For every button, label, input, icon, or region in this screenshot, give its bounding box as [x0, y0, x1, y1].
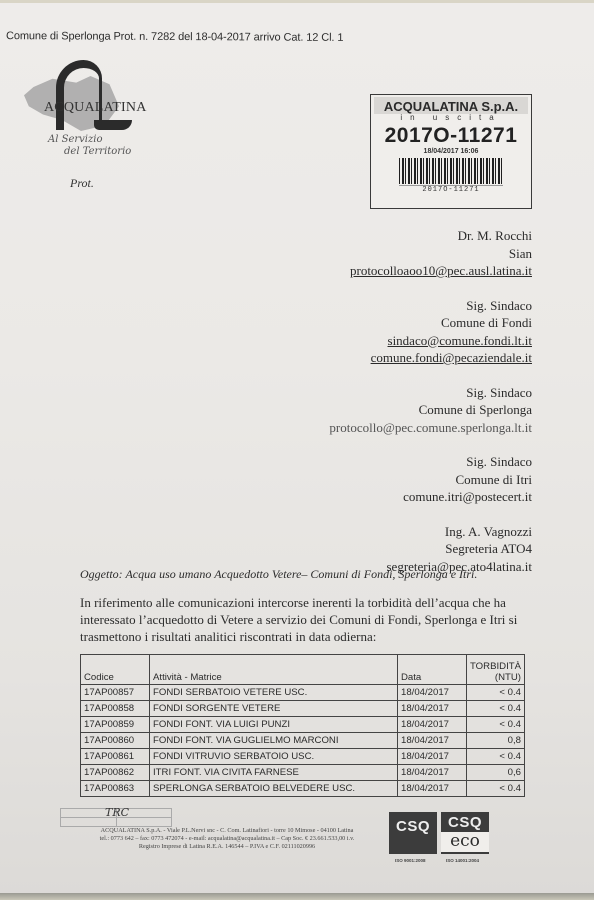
cell-attivita-matrice: FONDI SORGENTE VETERE — [150, 701, 398, 717]
cell-data: 18/04/2017 — [398, 701, 467, 717]
protocol-company: ACQUALATINA S.p.A. — [374, 97, 528, 114]
outgoing-protocol-label: ACQUALATINA S.p.A. in uscita 2017O-11271… — [370, 94, 532, 209]
barcode-text: 2017O-11271 — [399, 185, 503, 194]
recipient-block: Sig. SindacoComune di Sperlongaprotocoll… — [329, 384, 532, 437]
prot-label: Prot. — [70, 176, 94, 191]
protocol-arrival-stamp: Comune di Sperlonga Prot. n. 7282 del 18… — [6, 30, 343, 44]
recipient-line: Ing. A. Vagnozzi — [329, 523, 532, 541]
cell-attivita-matrice: FONDI FONT. VIA LUIGI PUNZI — [150, 717, 398, 733]
logo-tagline-line2: del Territorio — [64, 146, 131, 157]
header-codice: Codice — [81, 655, 150, 685]
cell-attivita-matrice: FONDI FONT. VIA GUGLIELMO MARCONI — [150, 733, 398, 749]
cell-data: 18/04/2017 — [398, 733, 467, 749]
recipient-block: Sig. SindacoComune di Fondisindaco@comun… — [329, 297, 532, 367]
logo-tagline-line1: Al Servizio — [48, 134, 102, 145]
cell-data: 18/04/2017 — [398, 749, 467, 765]
cell-data: 18/04/2017 — [398, 765, 467, 781]
cell-torbidita: < 0.4 — [467, 781, 525, 797]
recipient-line: Segreteria ATO4 — [329, 540, 532, 558]
header-torbidita-line2: (NTU) — [495, 672, 521, 683]
recipient-email[interactable]: sindaco@comune.fondi.lt.it — [329, 332, 532, 350]
paper-bottom-edge — [0, 893, 594, 900]
company-footer: ACQUALATINA S.p.A. - Viale P.L.Nervi snc… — [62, 827, 392, 851]
cell-attivita-matrice: FONDI VITRUVIO SERBATOIO USC. — [150, 749, 398, 765]
cell-codice: 17AP00860 — [81, 733, 150, 749]
cell-torbidita: < 0.4 — [467, 749, 525, 765]
footer-line-address: ACQUALATINA S.p.A. - Viale P.L.Nervi snc… — [62, 827, 392, 835]
eco-text: eco — [441, 832, 489, 854]
header-torbidita: TORBIDITÀ (NTU) — [467, 655, 525, 685]
recipient-line: Sig. Sindaco — [329, 384, 532, 402]
table-row: 17AP00861FONDI VITRUVIO SERBATOIO USC.18… — [81, 749, 525, 765]
header-torbidita-line1: TORBIDITÀ — [470, 661, 521, 672]
paper-top-edge — [0, 0, 594, 3]
cell-torbidita: < 0.4 — [467, 717, 525, 733]
protocol-number: 2017O-11271 — [371, 124, 531, 148]
cell-data: 18/04/2017 — [398, 717, 467, 733]
letter-body: In riferimento alle comunicazioni interc… — [80, 594, 530, 645]
cell-codice: 17AP00857 — [81, 685, 150, 701]
cell-torbidita: < 0.4 — [467, 685, 525, 701]
iso-14001-label: ISO 14001:2004 — [446, 858, 479, 863]
header-attivita-matrice: Attività - Matrice — [150, 655, 398, 685]
csq-iso9001-logo: CSQ — [389, 812, 437, 854]
recipient-email[interactable]: comune.fondi@pecaziendale.it — [329, 349, 532, 367]
recipients-list: Dr. M. RocchiSianprotocolloaoo10@pec.aus… — [329, 227, 532, 592]
cell-codice: 17AP00861 — [81, 749, 150, 765]
csq-text: CSQ — [389, 818, 437, 835]
recipient-line: Comune di Sperlonga — [329, 401, 532, 419]
recipient-line: Sig. Sindaco — [329, 297, 532, 315]
recipient-line: Sian — [329, 245, 532, 263]
table-row: 17AP00859FONDI FONT. VIA LUIGI PUNZI18/0… — [81, 717, 525, 733]
logo-brand-text: ACQUALATINA — [44, 100, 147, 116]
table-row: 17AP00860FONDI FONT. VIA GUGLIELMO MARCO… — [81, 733, 525, 749]
cell-codice: 17AP00862 — [81, 765, 150, 781]
acqualatina-logo: ACQUALATINA Al Servizio del Territorio — [22, 58, 162, 168]
cell-codice: 17AP00858 — [81, 701, 150, 717]
logo-tail-icon — [94, 120, 132, 130]
cell-data: 18/04/2017 — [398, 685, 467, 701]
footer-line-contacts: tel.: 0773 642 – fax: 0773 472074 - e-ma… — [62, 835, 392, 843]
recipient-line: Comune di Fondi — [329, 314, 532, 332]
turbidity-results-table: Codice Attività - Matrice Data TORBIDITÀ… — [80, 654, 525, 797]
cell-torbidita: 0,8 — [467, 733, 525, 749]
csq-text: CSQ — [441, 814, 489, 831]
recipient-line: Sig. Sindaco — [329, 453, 532, 471]
cell-codice: 17AP00863 — [81, 781, 150, 797]
protocol-datetime: 18/04/2017 16:06 — [371, 148, 531, 155]
letter-page: Comune di Sperlonga Prot. n. 7282 del 18… — [0, 0, 594, 900]
initials-signature: TRC — [105, 806, 129, 819]
cell-torbidita: 0,6 — [467, 765, 525, 781]
recipient-block: Dr. M. RocchiSianprotocolloaoo10@pec.aus… — [329, 227, 532, 280]
recipient-line: Dr. M. Rocchi — [329, 227, 532, 245]
footer-line-registry: Registro Imprese di Latina R.E.A. 146544… — [62, 843, 392, 851]
letter-subject: Oggetto: Acqua uso umano Acquedotto Vete… — [80, 567, 477, 582]
protocol-direction: in uscita — [371, 113, 531, 122]
cell-codice: 17AP00859 — [81, 717, 150, 733]
recipient-block: Sig. SindacoComune di Itricomune.itri@po… — [329, 453, 532, 506]
table-row: 17AP00863SPERLONGA SERBATOIO BELVEDERE U… — [81, 781, 525, 797]
barcode-icon — [399, 158, 503, 184]
recipient-line: Comune di Itri — [329, 471, 532, 489]
table-header-row: Codice Attività - Matrice Data TORBIDITÀ… — [81, 655, 525, 685]
table-row: 17AP00862ITRI FONT. VIA CIVITA FARNESE18… — [81, 765, 525, 781]
cell-attivita-matrice: ITRI FONT. VIA CIVITA FARNESE — [150, 765, 398, 781]
header-data: Data — [398, 655, 467, 685]
recipient-email[interactable]: protocolloaoo10@pec.ausl.latina.it — [329, 262, 532, 280]
recipient-email[interactable]: comune.itri@postecert.it — [329, 488, 532, 506]
table-row: 17AP00858FONDI SORGENTE VETERE18/04/2017… — [81, 701, 525, 717]
cell-torbidita: < 0.4 — [467, 701, 525, 717]
cell-attivita-matrice: SPERLONGA SERBATOIO BELVEDERE USC. — [150, 781, 398, 797]
csq-eco-iso14001-logo: CSQ eco — [441, 812, 489, 854]
iso-9001-label: ISO 9001:2008 — [395, 858, 426, 863]
recipient-email[interactable]: protocollo@pec.comune.sperlonga.lt.it — [329, 419, 532, 437]
cell-data: 18/04/2017 — [398, 781, 467, 797]
table-row: 17AP00857FONDI SERBATOIO VETERE USC.18/0… — [81, 685, 525, 701]
cell-attivita-matrice: FONDI SERBATOIO VETERE USC. — [150, 685, 398, 701]
